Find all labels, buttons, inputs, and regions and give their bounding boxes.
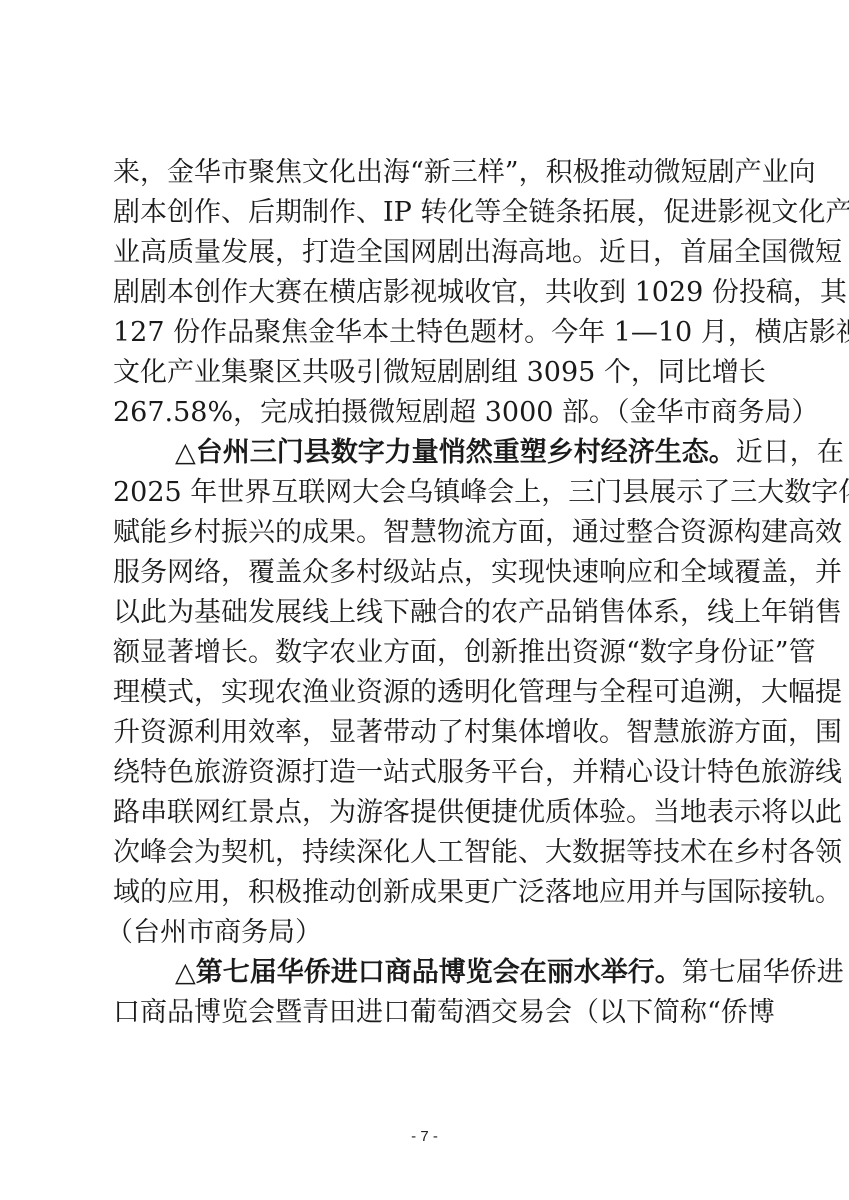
body-line: 文化产业集聚区共吸引微短剧剧组 3095 个，同比增长: [113, 353, 741, 393]
body-line: 赋能乡村振兴的成果。智慧物流方面，通过整合资源构建高效: [113, 513, 741, 553]
body-line: 剧本创作、后期制作、IP 转化等全链条拓展，促进影视文化产: [113, 193, 741, 233]
document-page: 来，金华市聚焦文化出海“新三样”，积极推动微短剧产业向 剧本创作、后期制作、IP…: [0, 0, 849, 1200]
body-text: 近日，在: [736, 437, 844, 468]
body-line: 127 份作品聚焦金华本土特色题材。今年 1—10 月，横店影视: [113, 313, 741, 353]
page-number: - 7 -: [0, 1128, 849, 1145]
body-line: 绕特色旅游资源打造一站式服务平台，并精心设计特色旅游线: [113, 753, 741, 793]
body-line: 额显著增长。数字农业方面，创新推出资源“数字身份证”管: [113, 633, 741, 673]
source-attribution: （台州市商务局）: [106, 913, 734, 953]
body-line: 来，金华市聚焦文化出海“新三样”，积极推动微短剧产业向: [113, 153, 741, 193]
section-heading-line: △台州三门县数字力量悄然重塑乡村经济生态。近日，在: [175, 433, 741, 473]
body-line: 域的应用，积极推动创新成果更广泛落地应用并与国际接轨。: [113, 873, 741, 913]
section-heading-sanmen: △台州三门县数字力量悄然重塑乡村经济生态。: [175, 437, 736, 468]
section-heading-expo: △第七届华侨进口商品博览会在丽水举行。: [175, 957, 682, 988]
body-line: 2025 年世界互联网大会乌镇峰会上，三门县展示了三大数字化: [113, 473, 741, 513]
body-line: 升资源利用效率，显著带动了村集体增收。智慧旅游方面，围: [113, 713, 741, 753]
section-heading-line: △第七届华侨进口商品博览会在丽水举行。第七届华侨进: [175, 953, 741, 993]
body-line: 次峰会为契机，持续深化人工智能、大数据等技术在乡村各领: [113, 833, 741, 873]
body-line: 剧剧本创作大赛在横店影视城收官，共收到 1029 份投稿，其中: [113, 273, 741, 313]
body-line: 口商品博览会暨青田进口葡萄酒交易会（以下简称“侨博: [113, 993, 741, 1033]
body-line: 理模式，实现农渔业资源的透明化管理与全程可追溯，大幅提: [113, 673, 741, 713]
body-line: 路串联网红景点，为游客提供便捷优质体验。当地表示将以此: [113, 793, 741, 833]
body-line: 服务网络，覆盖众多村级站点，实现快速响应和全域覆盖，并: [113, 553, 741, 593]
body-line: 业高质量发展，打造全国网剧出海高地。近日，首届全国微短: [113, 233, 741, 273]
body-text: 第七届华侨进: [682, 957, 844, 988]
body-line: 267.58%，完成拍摄微短剧超 3000 部。（金华市商务局）: [113, 393, 741, 433]
body-line: 以此为基础发展线上线下融合的农产品销售体系，线上年销售: [113, 593, 741, 633]
